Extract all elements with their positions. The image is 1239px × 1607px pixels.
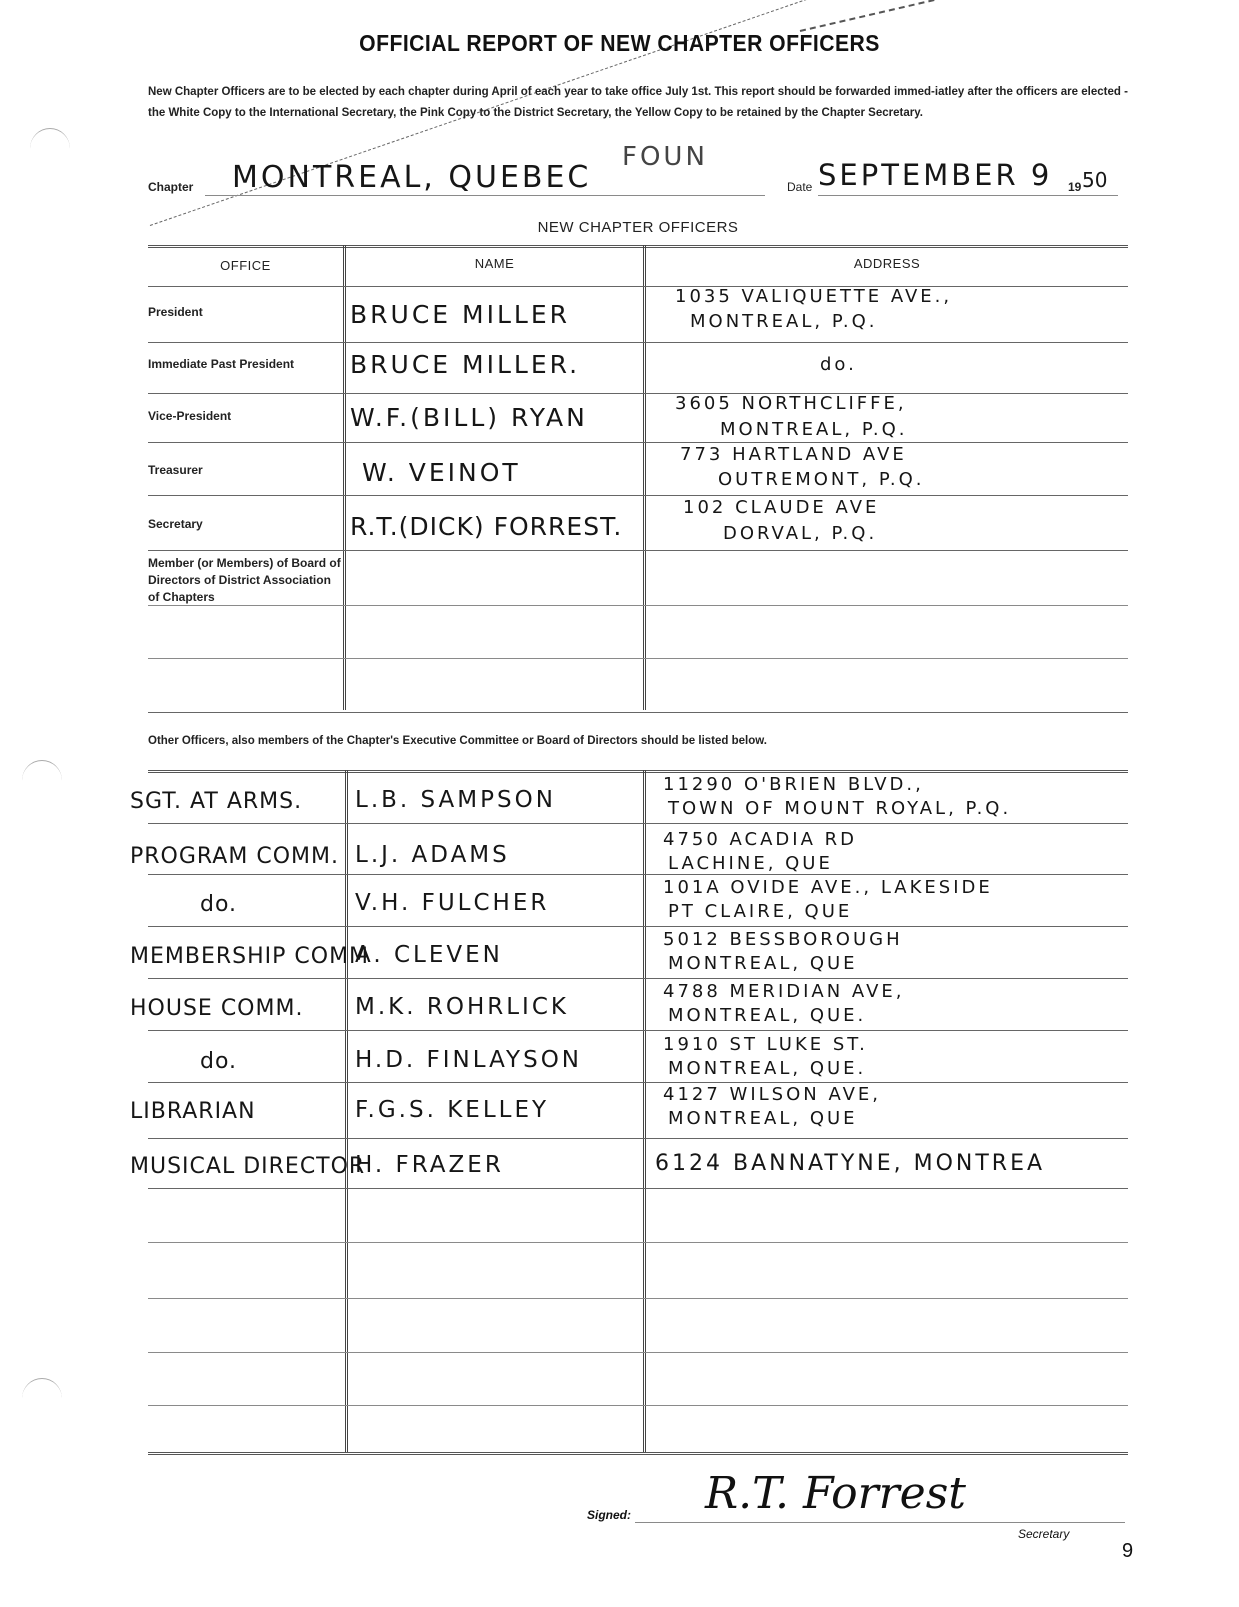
row-divider [148,823,1128,824]
other-officer-name: V.H. FULCHER [355,890,549,916]
other-officer-address-line2: MONTREAL, QUE. [668,1057,866,1080]
signature-line [635,1522,1125,1523]
other-officer-name: H.D. FINLAYSON [355,1047,582,1073]
row-divider [148,442,1128,443]
other-officer-name: H. FRAZER [355,1152,504,1178]
officer-name: BRUCE MILLER. [350,350,580,379]
table-top-border [148,770,1128,773]
other-office-label: MEMBERSHIP COMM [130,944,369,969]
office-label: President [148,305,203,319]
officer-name: W.F.(BILL) RYAN [350,403,588,432]
other-office-label: HOUSE COMM. [130,996,303,1021]
officer-address-line1: 1035 VALIQUETTE AVE., [675,285,952,308]
office-label: Secretary [148,517,203,531]
other-officer-address-line2: MONTREAL, QUE. [668,1004,866,1027]
other-office-label: SGT. AT ARMS. [130,789,302,814]
row-divider [148,1188,1128,1189]
column-divider [643,770,646,1452]
row-divider [148,393,1128,394]
chapter-annotation: FOUN [622,142,708,172]
binder-hole [30,128,70,169]
row-divider [148,342,1128,343]
officer-name: W. VEINOT [362,458,521,487]
officer-address-line1: 3605 NORTHCLIFFE, [675,392,907,415]
other-officer-address-line2: PT CLAIRE, QUE [668,900,852,923]
signature: R.T. Forrest [705,1468,966,1519]
other-office-label: do. [200,1049,237,1074]
officer-address-line2: MONTREAL, P.Q. [720,418,908,441]
instructions-text: New Chapter Officers are to be elected b… [148,82,1138,124]
other-officer-name: M.K. ROHRLICK [355,994,569,1020]
officer-address-line1: 102 CLAUDE AVE [683,496,879,519]
other-officers-note: Other Officers, also members of the Chap… [148,735,767,747]
other-office-label: LIBRARIAN [130,1099,256,1124]
other-officer-address-line2: MONTREAL, QUE [668,952,858,975]
row-divider [148,1352,1128,1353]
date-value: SEPTEMBER 9 [818,158,1052,192]
office-label: Treasurer [148,463,203,477]
other-office-label: MUSICAL DIRECTOR [130,1154,365,1179]
other-officer-name: L.B. SAMPSON [355,787,556,813]
row-divider [148,605,1128,606]
row-divider [148,286,1128,287]
date-underline [818,195,1118,196]
date-label: Date [787,180,812,194]
other-office-label: PROGRAM COMM. [130,844,339,869]
table-bottom-border [148,712,1128,713]
office-label: Vice-President [148,409,231,423]
officer-address-line1: 773 HARTLAND AVE [680,443,907,466]
other-officer-name: A. CLEVEN [355,942,503,968]
row-divider [148,1405,1128,1406]
chapter-value: MONTREAL, QUEBEC [232,160,591,195]
column-divider [343,245,346,710]
page-number: 9 [1122,1540,1133,1563]
officer-address-line2: MONTREAL, P.Q. [690,310,878,333]
signed-label: Signed: [587,1508,631,1522]
other-officer-address-line1: 5012 BESSBOROUGH [663,928,903,951]
other-officer-address-line1: 11290 O'BRIEN BLVD., [663,773,924,796]
column-divider [643,245,646,710]
officer-name: R.T.(DICK) FORREST. [350,512,622,541]
other-officer-name: F.G.S. KELLEY [355,1097,549,1123]
row-divider [148,658,1128,659]
other-officer-address-line1: 4788 MERIDIAN AVE, [663,980,905,1003]
column-header-office: OFFICE [148,258,343,273]
row-divider [148,550,1128,551]
other-officer-address-line2: TOWN OF MOUNT ROYAL, P.Q. [668,797,1011,820]
chapter-label: Chapter [148,180,193,194]
officer-address-line2: DORVAL, P.Q. [723,522,877,545]
signature-role: Secretary [1018,1527,1069,1541]
binder-hole [22,1378,62,1419]
column-header-address: ADDRESS [646,256,1128,271]
other-officer-name: L.J. ADAMS [355,842,510,868]
board-member-label: Member (or Members) of Board of Director… [148,555,343,606]
other-officer-address-line1: 4750 ACADIA RD [663,828,857,851]
section-title: NEW CHAPTER OFFICERS [0,219,1239,236]
row-divider [148,1030,1128,1031]
stray-pen-stroke [800,0,1093,32]
row-divider [148,1298,1128,1299]
officer-address-line2: OUTREMONT, P.Q. [718,468,924,491]
row-divider [148,926,1128,927]
year-prefix: 19 [1068,180,1081,194]
table-bottom-border [148,1452,1128,1455]
row-divider [148,1242,1128,1243]
row-divider [148,978,1128,979]
other-office-label: do. [200,892,237,917]
other-officer-address-line2: 6124 BANNATYNE, MONTREA [655,1152,1045,1175]
chapter-underline [205,195,765,196]
other-officer-address-line1: 4127 WILSON AVE, [663,1083,881,1106]
column-header-name: NAME [346,256,643,271]
row-divider [148,1138,1128,1139]
officer-address-line2: do. [820,353,857,376]
row-divider [148,874,1128,875]
row-divider [148,495,1128,496]
year-suffix: 50 [1082,168,1107,192]
column-divider [345,770,348,1452]
other-officer-address-line2: LACHINE, QUE [668,852,833,875]
office-label: Immediate Past President [148,357,294,371]
other-officer-address-line1: 1910 ST LUKE ST. [663,1033,868,1056]
document-title: OFFICIAL REPORT OF NEW CHAPTER OFFICERS [50,30,1190,57]
row-divider [148,1082,1128,1083]
other-officer-address-line1: 101A OVIDE AVE., LAKESIDE [663,876,993,899]
officer-name: BRUCE MILLER [350,300,570,329]
binder-hole [22,760,62,801]
table-top-border [148,245,1128,248]
other-officer-address-line2: MONTREAL, QUE [668,1107,858,1130]
